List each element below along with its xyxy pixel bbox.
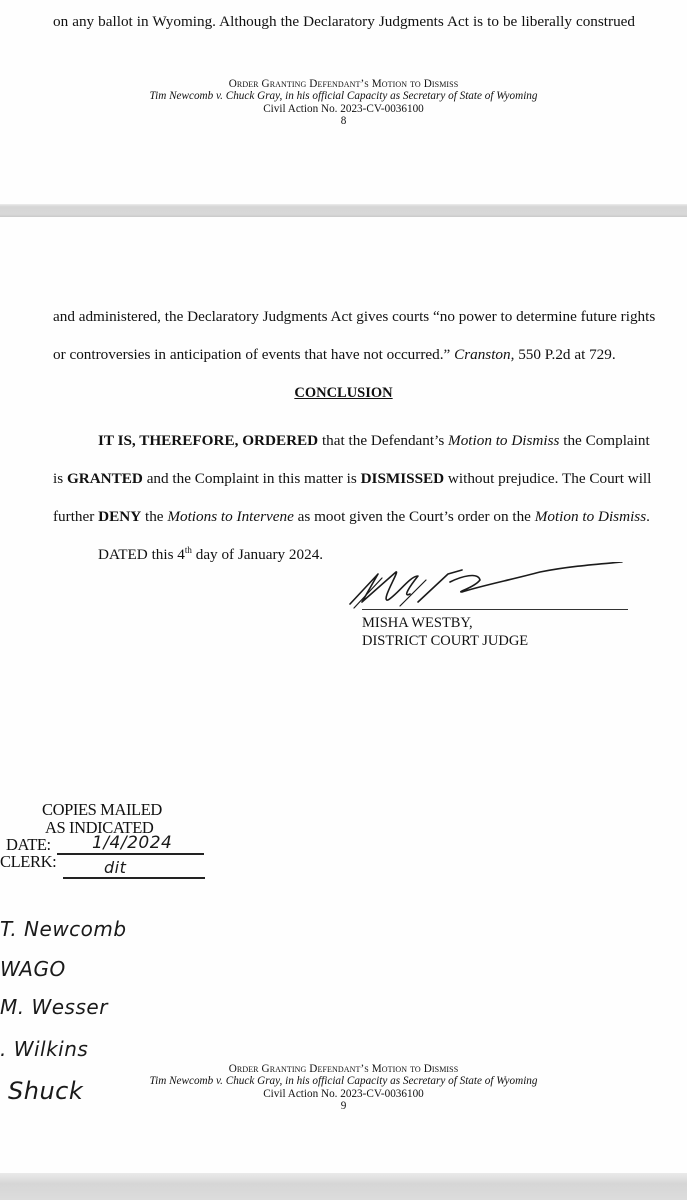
signature-line	[362, 609, 628, 610]
stamp-clerk-value: dit	[104, 858, 126, 877]
text-run: 550 P.2d at 729.	[514, 346, 615, 363]
text-run: further	[53, 508, 98, 525]
body-text-line: is GRANTED and the Complaint in this mat…	[53, 470, 635, 488]
body-text-line: on any ballot in Wyoming. Although the D…	[53, 13, 635, 31]
text-run: day of January 2024.	[192, 546, 323, 563]
footer-title: Order Granting Defendant’s Motion to Dis…	[0, 78, 687, 90]
body-text-line: and administered, the Declaratory Judgme…	[53, 308, 635, 326]
body-text-line: or controversies in anticipation of even…	[53, 346, 635, 364]
footer-caption: Tim Newcomb v. Chuck Gray, in his offici…	[0, 1075, 687, 1087]
stamp-clerk-rule	[63, 877, 205, 879]
body-text-line: further DENY the Motions to Intervene as…	[53, 508, 635, 526]
bold-run: IT IS, THEREFORE, ORDERED	[98, 432, 318, 449]
page-footer: Order Granting Defendant’s Motion to Dis…	[0, 78, 687, 128]
italic-run: Motions to Intervene	[167, 508, 294, 525]
text-run: the	[141, 508, 167, 525]
section-heading: CONCLUSION	[0, 385, 687, 402]
page-9: and administered, the Declaratory Judgme…	[0, 217, 687, 1173]
judge-title: DISTRICT COURT JUDGE	[362, 632, 528, 650]
body-text-line: IT IS, THEREFORE, ORDERED that the Defen…	[98, 432, 635, 450]
page-footer: Order Granting Defendant’s Motion to Dis…	[0, 1063, 687, 1113]
page-separator	[0, 204, 687, 217]
text-run: as moot given the Court’s order on the	[294, 508, 535, 525]
text-run: .	[646, 508, 650, 525]
text-run: without prejudice. The Court will	[444, 470, 651, 487]
text-run: DATED this 4	[98, 546, 185, 563]
stamp-date-rule	[57, 853, 204, 855]
bold-run: DENY	[98, 508, 141, 525]
case-citation: Cranston,	[454, 346, 514, 363]
bold-run: DISMISSED	[361, 470, 445, 487]
superscript: th	[185, 545, 192, 555]
stamp-date-value: 1/4/2024	[92, 833, 172, 853]
stamp-line-1: COPIES MAILED	[42, 800, 162, 820]
signature-block: MISHA WESTBY, DISTRICT COURT JUDGE	[340, 562, 640, 672]
footer-civil-action: Civil Action No. 2023-CV-0036100	[0, 1088, 687, 1100]
distribution-item: M. Wesser	[0, 995, 108, 1019]
text-run: is	[53, 470, 67, 487]
page-number: 8	[0, 115, 687, 127]
italic-run: Motion to Dismiss	[535, 508, 646, 525]
distribution-item: T. Newcomb	[0, 917, 127, 941]
page-number: 9	[0, 1100, 687, 1112]
text-run: the Complaint	[559, 432, 649, 449]
page-8: on any ballot in Wyoming. Although the D…	[0, 0, 687, 204]
distribution-item: . Wilkins	[0, 1037, 88, 1061]
footer-civil-action: Civil Action No. 2023-CV-0036100	[0, 103, 687, 115]
document-viewer[interactable]: on any ballot in Wyoming. Although the D…	[0, 0, 687, 1200]
text-run: that the Defendant’s	[318, 432, 448, 449]
text-run: and the Complaint in this matter is	[143, 470, 361, 487]
judge-name: MISHA WESTBY,	[362, 614, 473, 632]
italic-run: Motion to Dismiss	[448, 432, 559, 449]
distribution-item: WAGO	[0, 957, 66, 981]
footer-title: Order Granting Defendant’s Motion to Dis…	[0, 1063, 687, 1075]
footer-caption: Tim Newcomb v. Chuck Gray, in his offici…	[0, 90, 687, 102]
clerk-stamp: COPIES MAILED AS INDICATED DATE: 1/4/202…	[0, 800, 260, 900]
page-separator	[0, 1173, 687, 1200]
stamp-clerk-label: CLERK:	[0, 852, 56, 872]
handwritten-signature-icon	[340, 562, 640, 612]
text-run: or controversies in anticipation of even…	[53, 346, 454, 363]
bold-run: GRANTED	[67, 470, 143, 487]
